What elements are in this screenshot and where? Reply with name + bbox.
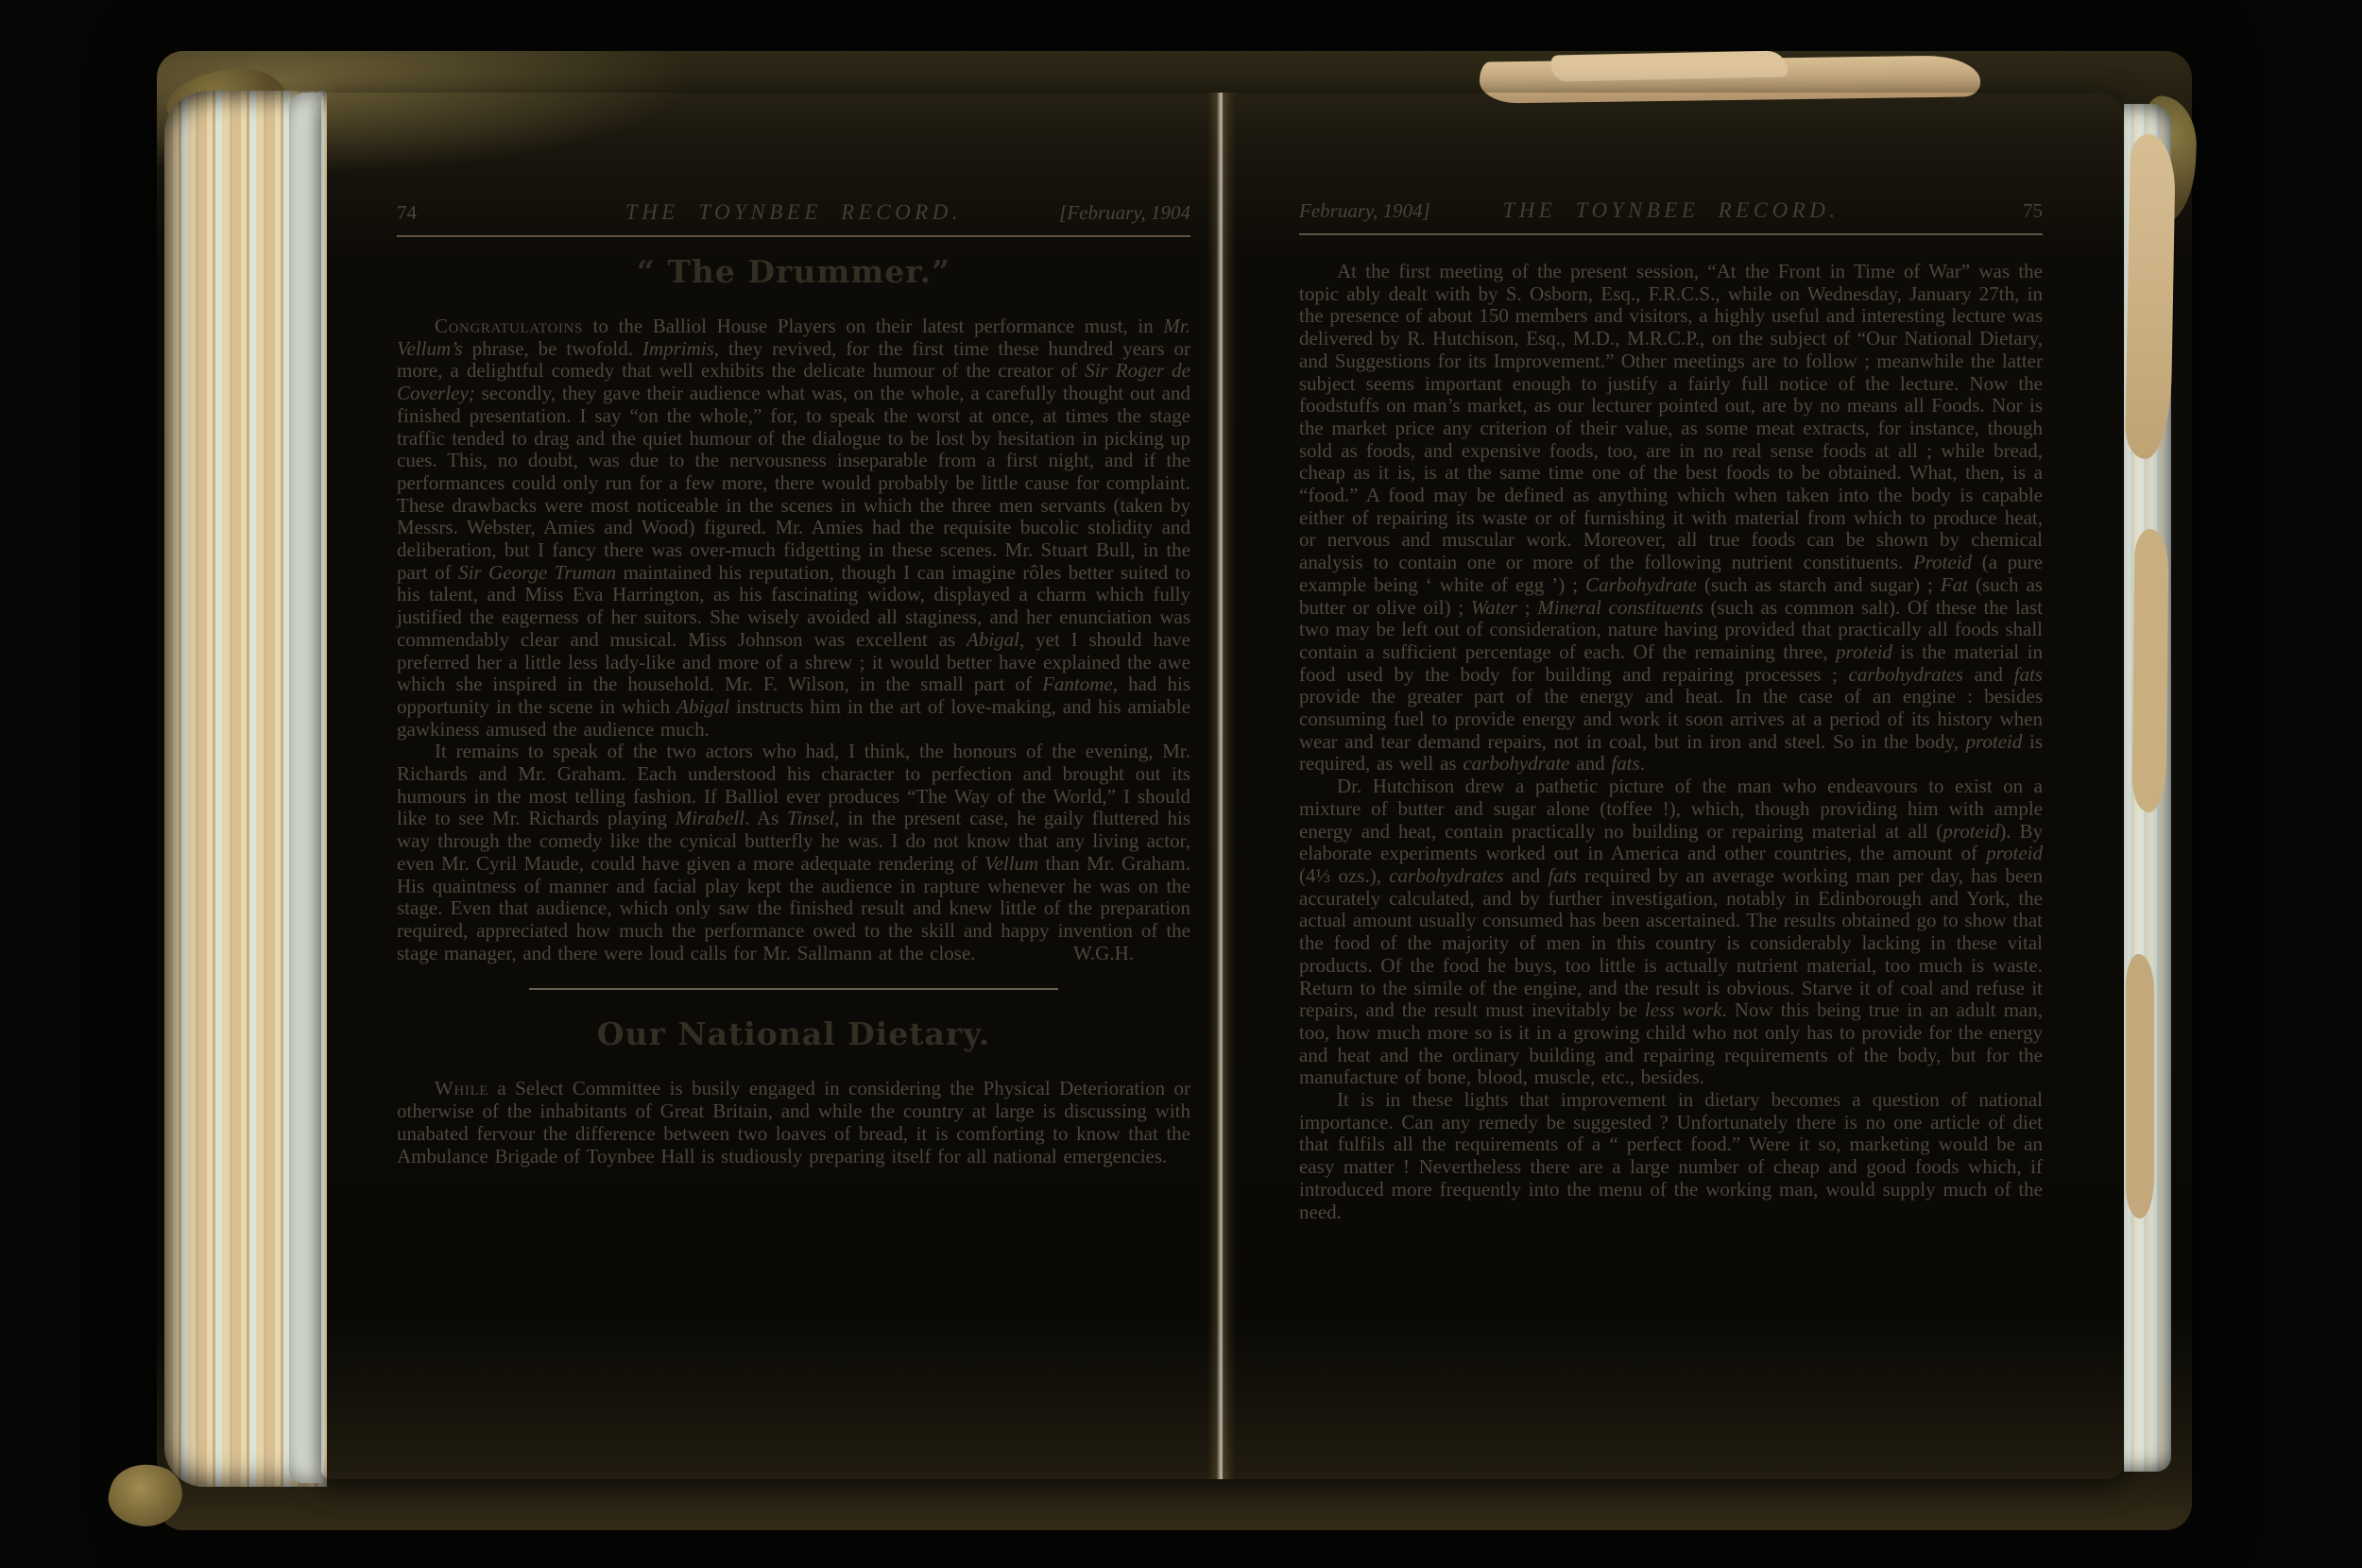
- left-header-date: [February, 1904: [1059, 201, 1190, 225]
- left-page-number: 74: [397, 201, 417, 225]
- fore-edge-tatter-3: [2126, 954, 2154, 1219]
- right-paragraph-1: At the first meeting of the present sess…: [1299, 261, 2043, 775]
- left-page-header: 74 THE TOYNBEE RECORD. [February, 1904: [397, 200, 1190, 237]
- torn-tissue-strip-small: [1551, 50, 1789, 81]
- fore-edge-tatter-1: [2125, 134, 2176, 460]
- fore-edge-tatter-2: [2131, 529, 2168, 812]
- right-header-date: February, 1904]: [1299, 199, 1430, 223]
- section-divider-rule: [529, 988, 1058, 990]
- article1-paragraph-1: Congratulatoins to the Balliol House Pla…: [397, 315, 1190, 741]
- right-running-title: THE TOYNBEE RECORD.: [1502, 198, 1839, 223]
- center-gutter-crease: [1207, 93, 1236, 1479]
- right-paragraph-2: Dr. Hutchison drew a pathetic picture of…: [1299, 775, 2043, 1089]
- left-page: 74 THE TOYNBEE RECORD. [February, 1904 “…: [397, 200, 1190, 1167]
- book-photograph: 74 THE TOYNBEE RECORD. [February, 1904 “…: [0, 0, 2362, 1568]
- article-title-national-dietary: Our National Dietary.: [397, 1015, 1190, 1052]
- right-page-number: 75: [2023, 199, 2043, 223]
- right-page-header: February, 1904] THE TOYNBEE RECORD. 75: [1299, 198, 2043, 235]
- article-title-the-drummer: “ The Drummer.”: [397, 253, 1190, 290]
- article2-paragraph-1: While a Select Committee is busily engag…: [397, 1078, 1190, 1167]
- left-running-title: THE TOYNBEE RECORD.: [625, 200, 962, 225]
- right-paragraph-3: It is in these lights that improvement i…: [1299, 1089, 2043, 1223]
- page-edge-blue-strip: [289, 93, 323, 1483]
- right-page: February, 1904] THE TOYNBEE RECORD. 75 A…: [1299, 198, 2043, 1223]
- article1-paragraph-2: It remains to speak of the two actors wh…: [397, 741, 1190, 964]
